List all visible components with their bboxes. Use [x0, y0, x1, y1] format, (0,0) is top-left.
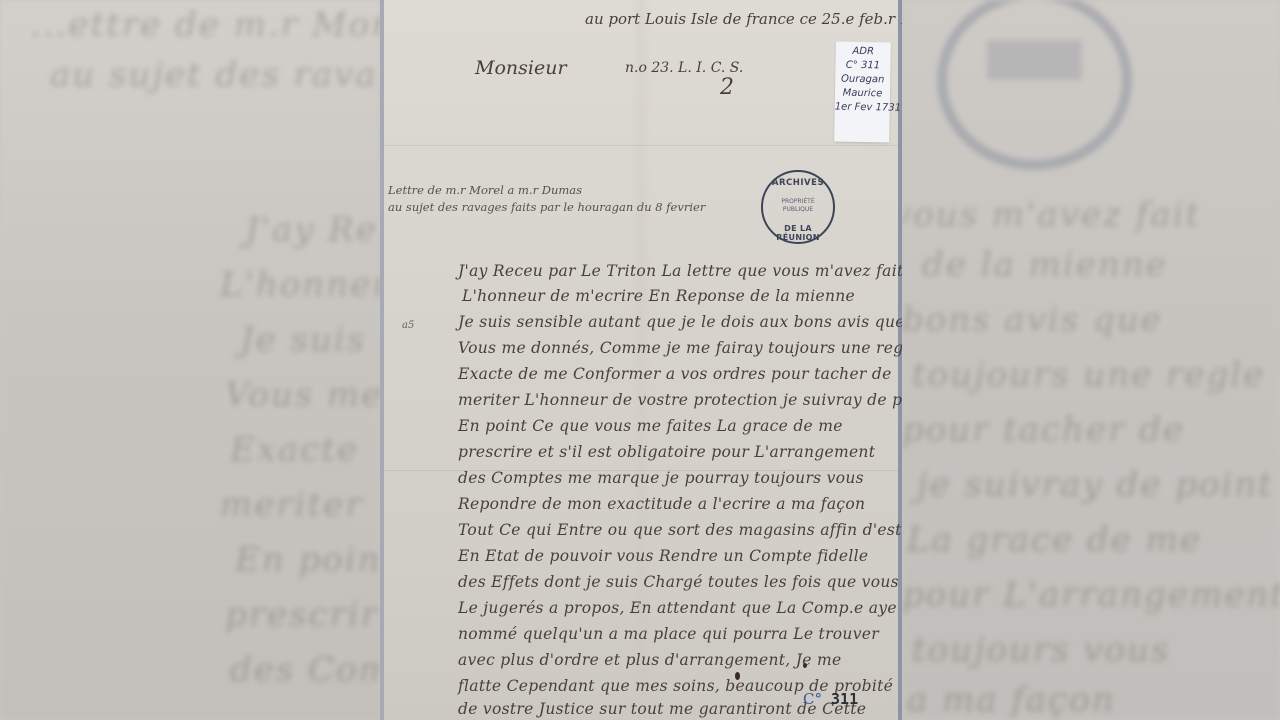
ink-blot: [735, 672, 740, 680]
label-line: ADR: [836, 45, 891, 60]
body-line: nommé quelqu'un a ma place qui pourra Le…: [458, 625, 879, 643]
body-line: L'honneur de m'ecrire En Reponse de la m…: [462, 287, 855, 305]
stamp-top-text: ARCHIVES: [763, 178, 833, 188]
stamp-bottom-text: DE LA RÉUNION: [763, 224, 833, 242]
stamp-center-line: PROPRIÉTÉ: [763, 198, 833, 206]
backdrop-text-line: a ma façon: [907, 680, 1116, 720]
label-line: Ouragan: [835, 73, 890, 88]
body-line: J'ay Receu par Le Triton La lettre que v…: [458, 262, 902, 280]
summary-line: au sujet des ravages faits par le hourag…: [388, 200, 705, 214]
backdrop-text-line: pour tacher de: [902, 410, 1185, 450]
archives-stamp: ARCHIVES PROPRIÉTÉ PUBLIQUE DE LA RÉUNIO…: [761, 170, 835, 244]
body-line: Repondre de mon exactitude a l'ecrire a …: [458, 495, 865, 513]
stamp-center-line: PUBLIQUE: [763, 206, 833, 214]
archive-code-prefix: C°: [803, 690, 822, 708]
backdrop-text-line: Exacte: [230, 430, 359, 470]
backdrop-text-line: En point: [235, 540, 380, 580]
reference-mark: 2: [720, 75, 734, 100]
body-line: meriter L'honneur de vostre protection j…: [458, 391, 902, 409]
archive-label-slip: ADR C° 311 Ouragan Maurice 1er Fev 1731: [834, 42, 891, 143]
blurred-stamp: [937, 0, 1132, 170]
body-line: Le jugerés a propos, En attendant que La…: [458, 599, 897, 617]
manuscript-page: au port Louis Isle de france ce 25.e feb…: [380, 0, 902, 720]
body-line: Vous me donnés, Comme je me fairay toujo…: [458, 339, 902, 357]
archive-code: C° 311: [803, 690, 858, 708]
body-line: Exacte de me Conformer a vos ordres pour…: [458, 365, 892, 383]
label-line: 1er Fev 1731: [835, 101, 890, 116]
backdrop-text-line: je suivray de point: [917, 465, 1274, 505]
backdrop-text-line: ...ettre de m.r Morel a m.r...: [30, 5, 380, 45]
body-line: En Etat de pouvoir vous Rendre un Compte…: [458, 547, 868, 565]
reference-number: n.o 23. L. I. C. S.: [625, 60, 743, 76]
body-line: avec plus d'ordre et plus d'arrangement,…: [458, 651, 841, 669]
backdrop-text-line: bons avis que: [902, 300, 1163, 340]
body-line: prescrire et s'il est obligatoire pour L…: [458, 443, 875, 461]
fold-line: [380, 145, 902, 146]
body-line: En point Ce que vous me faites La grace …: [458, 417, 843, 435]
backdrop-text-line: Vous me: [225, 375, 380, 415]
backdrop-text-line: toujours une regle: [912, 355, 1265, 395]
backdrop-text-line: de la mienne: [922, 245, 1168, 285]
stamp-center-text: PROPRIÉTÉ PUBLIQUE: [763, 198, 833, 214]
label-line: Maurice: [835, 87, 890, 102]
body-line: Je suis sensible autant que je le dois a…: [458, 313, 902, 331]
body-line: Tout Ce qui Entre ou que sort des magasi…: [458, 521, 902, 539]
backdrop-text-line: L'honneur: [220, 265, 380, 305]
backdrop-text-line: Je suis: [240, 320, 366, 360]
backdrop-text-line: pour L'arrangement: [902, 575, 1280, 615]
backdrop-text-line: J'ay Reu: [245, 210, 380, 250]
body-line: des Effets dont je suis Chargé toutes le…: [458, 573, 899, 591]
photo-viewer: ...ettre de m.r Morel a m.r... au sujet …: [0, 0, 1280, 720]
header-date: au port Louis Isle de france ce 25.e feb…: [585, 10, 902, 28]
backdrop-text-line: toujours vous: [912, 630, 1170, 670]
backdrop-text-line: des Comp: [230, 650, 380, 690]
label-line: C° 311: [835, 59, 890, 74]
ink-blot: [803, 663, 807, 668]
blurred-backdrop-left: ...ettre de m.r Morel a m.r... au sujet …: [0, 0, 380, 720]
blurred-backdrop-right: vous m'avez fait de la mienne bons avis …: [902, 0, 1280, 720]
backdrop-text-line: La grace de me: [907, 520, 1202, 560]
archive-code-number: 311: [831, 690, 858, 708]
backdrop-text-line: vous m'avez fait: [902, 195, 1201, 235]
backdrop-text-line: meriter: [220, 485, 364, 525]
salutation: Monsieur: [475, 57, 567, 79]
backdrop-text-line: au sujet des ravages...: [50, 55, 380, 95]
margin-mark: a5: [402, 320, 414, 331]
body-line: des Comptes me marque je pourray toujour…: [458, 469, 864, 487]
backdrop-text-line: prescrire: [225, 595, 380, 635]
summary-line: Lettre de m.r Morel a m.r Dumas: [388, 183, 582, 197]
